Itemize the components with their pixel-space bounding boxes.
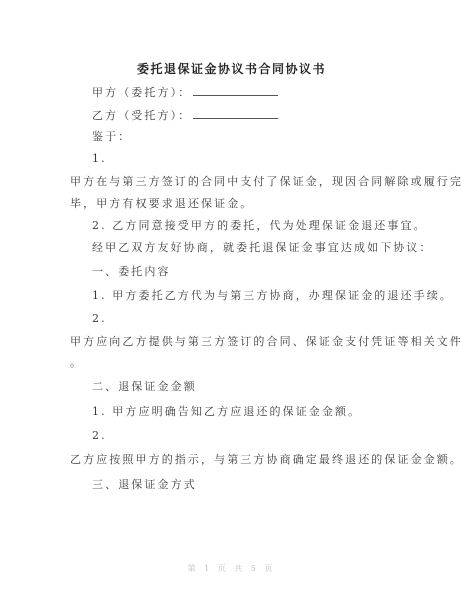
- recital-2: 2. 乙方同意接受甲方的委托，代为处理保证金退还事宜。: [92, 219, 427, 233]
- section-1-item-2-line2: 。: [70, 356, 83, 370]
- party-b-line: 乙方（受托方）：: [92, 108, 278, 123]
- document-page: 委托退保证金协议书合同协议书 甲方（委托方）： 乙方（受托方）： 鉴于： 1. …: [0, 0, 463, 600]
- party-b-label: 乙方（受托方）：: [92, 109, 191, 122]
- whereas-label: 鉴于：: [92, 130, 131, 144]
- agreement-intro: 经甲乙双方友好协商，就委托退保证金事宜达成如下协议：: [92, 241, 433, 255]
- section-2-item-2-number: 2.: [92, 429, 107, 443]
- recital-1-text-line1: 甲方在与第三方签订的合同中支付了保证金，现因合同解除或履行完: [70, 175, 463, 189]
- section-2-item-1: 1. 甲方应明确告知乙方应退还的保证金金额。: [92, 405, 361, 419]
- section-1-item-1: 1. 甲方委托乙方代为与第三方协商，办理保证金的退还手续。: [92, 289, 453, 303]
- section-3-heading: 三、退保证金方式: [92, 478, 197, 492]
- section-1-item-2-line1: 甲方应向乙方提供与第三方签订的合同、保证金支付凭证等相关文件: [70, 335, 463, 349]
- party-a-label: 甲方（委托方）：: [92, 86, 191, 99]
- section-2-item-2-line1: 乙方应按照甲方的指示，与第三方协商确定最终退还的保证金金额。: [70, 453, 463, 467]
- section-2-heading: 二、退保证金金额: [92, 380, 197, 394]
- page-indicator: 第 1 页 共 5 页: [0, 563, 463, 574]
- section-1-item-2-number: 2.: [92, 312, 107, 326]
- document-title: 委托退保证金协议书合同协议书: [0, 60, 463, 77]
- section-1-heading: 一、委托内容: [92, 265, 171, 279]
- party-a-line: 甲方（委托方）：: [92, 85, 278, 100]
- recital-1-text-line2: 毕，甲方有权要求退还保证金。: [70, 197, 253, 211]
- party-b-blank: [193, 108, 278, 119]
- party-a-blank: [193, 85, 278, 96]
- recital-1-number: 1.: [92, 152, 107, 166]
